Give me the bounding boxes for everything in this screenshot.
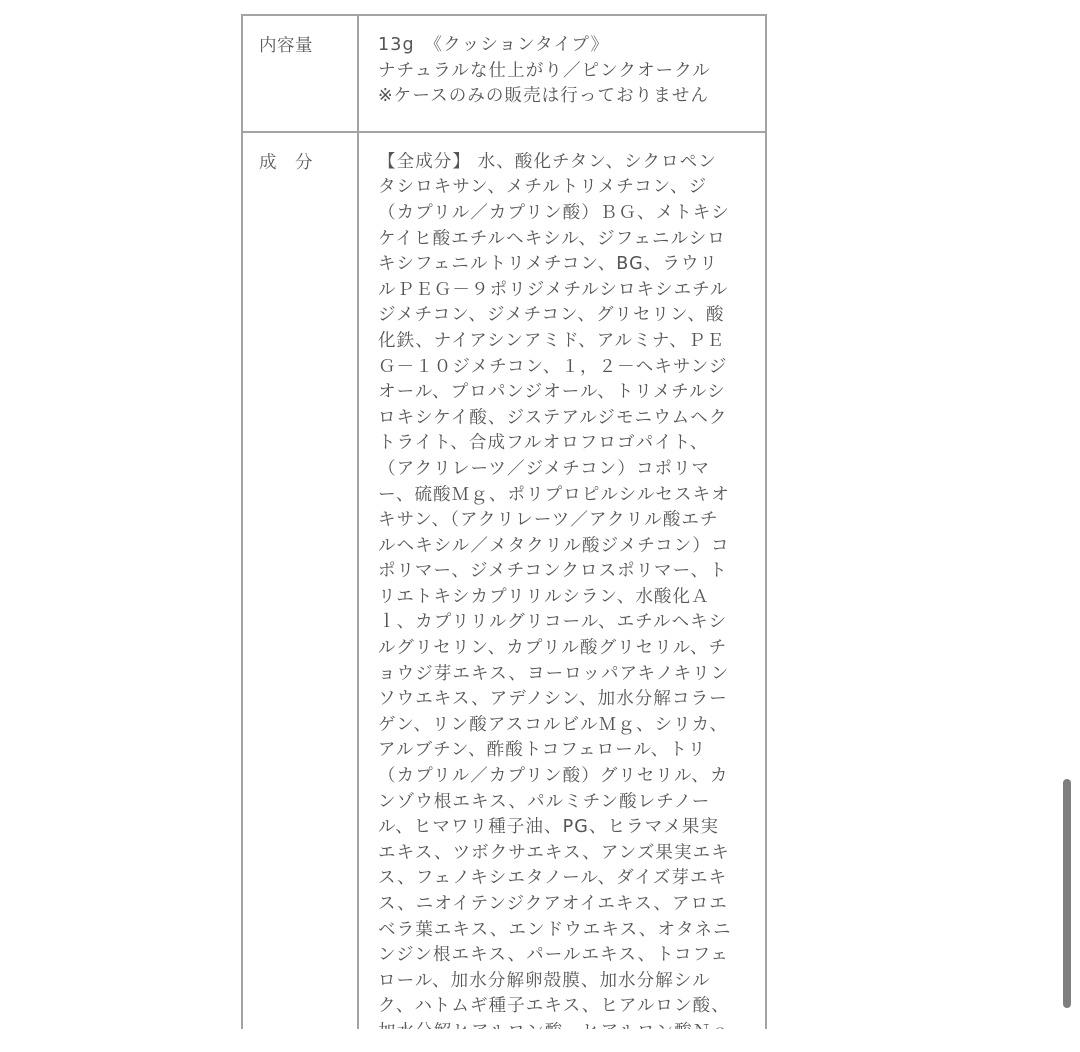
ingredient-line: ジメチコン、ジメチコン、グリセリン、酸	[378, 303, 755, 329]
ingredient-line: キサン、（アクリレーツ／アクリル酸エチ	[378, 508, 755, 534]
ingredient-line: ルグリセリン、カプリル酸グリセリル、チ	[378, 636, 755, 662]
ingredient-line: アルブチン、酢酸トコフェロール、トリ	[378, 738, 755, 764]
ingredient-line: ロキシケイ酸、ジステアルジモニウムヘク	[378, 406, 755, 432]
row-label: 内容量	[243, 16, 357, 59]
ingredient-line: 【全成分】 水、酸化チタン、シクロペン	[378, 150, 755, 176]
ingredient-line: ソウエキス、アデノシン、加水分解コラー	[378, 687, 755, 713]
product-spec-table: 内容量 13g 《クッションタイプ》 ナチュラルな仕上がり／ピンクオークル ※ケ…	[241, 14, 767, 1029]
table-row-content-amount: 内容量 13g 《クッションタイプ》 ナチュラルな仕上がり／ピンクオークル ※ケ…	[242, 15, 766, 132]
value-cell-ingredients: 【全成分】 水、酸化チタン、シクロペン タシロキサン、メチルトリメチコン、ジ （…	[358, 132, 766, 1029]
ingredient-line: リエトキシカプリリルシラン、水酸化Ａ	[378, 585, 755, 611]
ingredient-line: ンジン根エキス、パールエキス、トコフェ	[378, 943, 755, 969]
ingredient-line: ルＰＥＧ－９ポリジメチルシロキシエチル	[378, 278, 755, 304]
ingredient-line: エキス、ツボクサエキス、アンズ果実エキ	[378, 841, 755, 867]
ingredient-line: タシロキサン、メチルトリメチコン、ジ	[378, 175, 755, 201]
content-line: ※ケースのみの販売は行っておりません	[378, 84, 751, 110]
content-line: 13g 《クッションタイプ》	[378, 33, 751, 59]
content-line: ナチュラルな仕上がり／ピンクオークル	[378, 59, 751, 85]
ingredient-line: ケイヒ酸エチルヘキシル、ジフェニルシロ	[378, 227, 755, 253]
ingredient-line: キシフェニルトリメチコン、BG、ラウリ	[378, 252, 755, 278]
ingredient-line: （カプリル／カプリン酸）ＢＧ、メトキシ	[378, 201, 755, 227]
ingredient-line: ロール、加水分解卵殻膜、加水分解シル	[378, 969, 755, 995]
content-amount-text: 13g 《クッションタイプ》 ナチュラルな仕上がり／ピンクオークル ※ケースのみ…	[359, 16, 765, 131]
ingredient-line: オール、プロパンジオール、トリメチルシ	[378, 380, 755, 406]
ingredient-line: ス、フェノキシエタノール、ダイズ芽エキ	[378, 866, 755, 892]
ingredient-line: ゲン、リン酸アスコルビルＭｇ、シリカ、	[378, 713, 755, 739]
label-cell-content-amount: 内容量	[242, 15, 358, 132]
vertical-scrollbar-thumb[interactable]	[1063, 779, 1071, 1008]
ingredient-line: （カプリル／カプリン酸）グリセリル、カ	[378, 764, 755, 790]
ingredients-text: 【全成分】 水、酸化チタン、シクロペン タシロキサン、メチルトリメチコン、ジ （…	[359, 133, 765, 1029]
row-label: 成 分	[243, 133, 357, 176]
ingredient-line: ョウジ芽エキス、ヨーロッパアキノキリン	[378, 662, 755, 688]
ingredient-line: ルヘキシル／メタクリル酸ジメチコン）コ	[378, 534, 755, 560]
ingredient-line: トライト、合成フルオロフロゴパイト、	[378, 431, 755, 457]
ingredient-line: ベラ葉エキス、エンドウエキス、オタネニ	[378, 918, 755, 944]
ingredient-line: ス、ニオイテンジクアオイエキス、アロエ	[378, 892, 755, 918]
ingredient-line: Ｇ－１０ジメチコン、１，２－ヘキサンジ	[378, 355, 755, 381]
ingredient-line: 化鉄、ナイアシンアミド、アルミナ、ＰＥ	[378, 329, 755, 355]
ingredient-line: ル、ヒマワリ種子油、PG、ヒラマメ果実	[378, 815, 755, 841]
ingredient-line: （アクリレーツ／ジメチコン）コポリマ	[378, 457, 755, 483]
ingredient-line: ンゾウ根エキス、パルミチン酸レチノー	[378, 790, 755, 816]
value-cell-content-amount: 13g 《クッションタイプ》 ナチュラルな仕上がり／ピンクオークル ※ケースのみ…	[358, 15, 766, 132]
ingredient-line: ｌ、カプリリルグリコール、エチルヘキシ	[378, 610, 755, 636]
ingredient-line: ポリマー、ジメチコンクロスポリマー、ト	[378, 559, 755, 585]
ingredient-line: ク、ハトムギ種子エキス、ヒアルロン酸、	[378, 994, 755, 1020]
table-row-ingredients: 成 分 【全成分】 水、酸化チタン、シクロペン タシロキサン、メチルトリメチコン…	[242, 132, 766, 1029]
label-cell-ingredients: 成 分	[242, 132, 358, 1029]
ingredient-line: ー、硫酸Ｍｇ、ポリプロピルシルセスキオ	[378, 483, 755, 509]
ingredient-line: 加水分解ヒアルロン酸、ヒアルロン酸Ｎａ	[378, 1020, 755, 1029]
